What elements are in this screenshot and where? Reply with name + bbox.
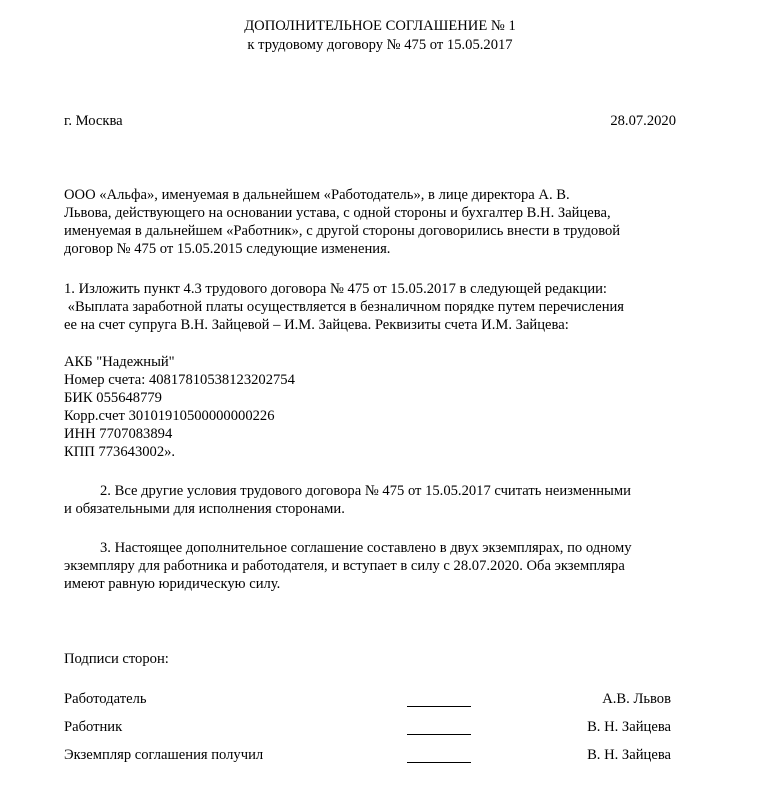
text-line: экземпляру для работника и работодателя,… <box>64 557 694 575</box>
kpp: КПП 773643002». <box>64 443 694 461</box>
bik: БИК 055648779 <box>64 389 694 407</box>
bank-name: АКБ "Надежный" <box>64 353 694 371</box>
signature-row-employer: Работодатель А.В. Львов <box>64 690 674 708</box>
signature-row-employee: Работник В. Н. Зайцева <box>64 718 674 736</box>
text-line: 3. Настоящее дополнительное соглашение с… <box>64 539 694 557</box>
text-line: ООО «Альфа», именуемая в дальнейшем «Раб… <box>64 186 694 204</box>
text-line: договор № 475 от 15.05.2015 следующие из… <box>64 240 694 258</box>
account-number: Номер счета: 40817810538123202754 <box>64 371 694 389</box>
document-title: ДОПОЛНИТЕЛЬНОЕ СОГЛАШЕНИЕ № 1 <box>0 17 760 35</box>
text-line: «Выплата заработной платы осуществляется… <box>64 298 694 316</box>
signatures-heading: Подписи сторон: <box>64 650 169 668</box>
text-line: 1. Изложить пункт 4.3 трудового договора… <box>64 280 694 298</box>
corr-account: Корр.счет 30101910500000000226 <box>64 407 694 425</box>
signature-line <box>407 734 471 735</box>
signature-role: Работодатель <box>64 690 147 708</box>
signature-role: Работник <box>64 718 122 736</box>
signature-line <box>407 762 471 763</box>
signatory-name: А.В. Львов <box>602 690 671 708</box>
signatory-name: В. Н. Зайцева <box>587 746 671 764</box>
bank-details: АКБ "Надежный" Номер счета: 408178105381… <box>64 353 694 461</box>
text-line: и обязательными для исполнения сторонами… <box>64 500 694 518</box>
signature-role: Экземпляр соглашения получил <box>64 746 263 764</box>
clause-1: 1. Изложить пункт 4.3 трудового договора… <box>64 280 694 334</box>
text-line: 2. Все другие условия трудового договора… <box>64 482 694 500</box>
city: г. Москва <box>64 112 123 130</box>
text-line: имеют равную юридическую силу. <box>64 575 694 593</box>
signature-line <box>407 706 471 707</box>
text-line: именуемая в дальнейшем «Работник», с дру… <box>64 222 694 240</box>
clause-2: 2. Все другие условия трудового договора… <box>64 482 694 518</box>
document-date: 28.07.2020 <box>610 112 676 130</box>
document-subtitle: к трудовому договору № 475 от 15.05.2017 <box>0 36 760 54</box>
signatory-name: В. Н. Зайцева <box>587 718 671 736</box>
inn: ИНН 7707083894 <box>64 425 694 443</box>
text-line: Львова, действующего на основании устава… <box>64 204 694 222</box>
clause-3: 3. Настоящее дополнительное соглашение с… <box>64 539 694 593</box>
intro-paragraph: ООО «Альфа», именуемая в дальнейшем «Раб… <box>64 186 694 258</box>
signature-row-copy-received: Экземпляр соглашения получил В. Н. Зайце… <box>64 746 674 764</box>
text-line: ее на счет супруга В.Н. Зайцевой – И.М. … <box>64 316 694 334</box>
